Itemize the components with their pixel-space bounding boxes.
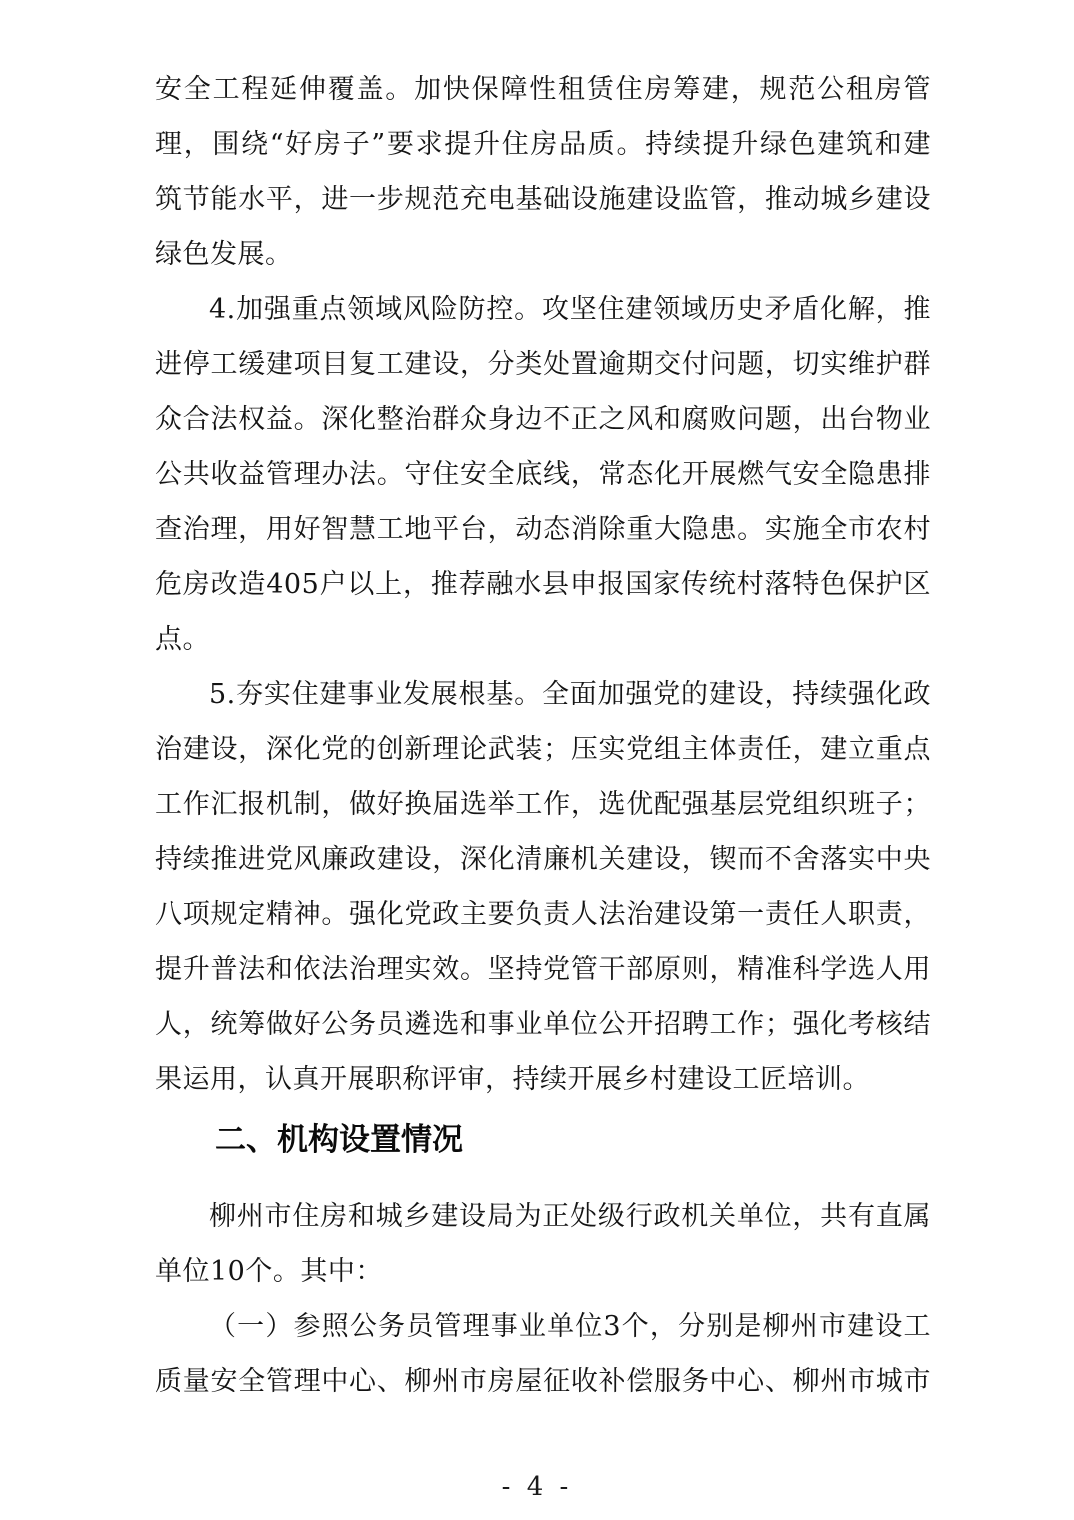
text-line: 工作汇报机制，做好换届选举工作，选优配强基层党组织班子；: [155, 777, 931, 832]
text-line: 人，统筹做好公务员遴选和事业单位公开招聘工作；强化考核结: [155, 997, 931, 1052]
text-line: 八项规定精神。强化党政主要负责人法治建设第一责任人职责，: [155, 887, 931, 942]
paragraph: 4.加强重点领域风险防控。攻坚住建领域历史矛盾化解，推进停工缓建项目复工建设，分…: [155, 282, 931, 667]
text-line: 单位10个。其中：: [155, 1244, 931, 1299]
document-body: 安全工程延伸覆盖。加快保障性租赁住房筹建，规范公租房管理，围绕“好房子”要求提升…: [155, 62, 931, 1409]
text-line: 查治理，用好智慧工地平台，动态消除重大隐患。实施全市农村: [155, 502, 931, 557]
text-line: 提升普法和依法治理实效。坚持党管干部原则，精准科学选人用: [155, 942, 931, 997]
text-line: 公共收益管理办法。守住安全底线，常态化开展燃气安全隐患排: [155, 447, 931, 502]
text-line: 危房改造405户以上，推荐融水县申报国家传统村落特色保护区试: [155, 557, 931, 612]
text-line: 5.夯实住建事业发展根基。全面加强党的建设，持续强化政: [155, 667, 931, 722]
page-number: - 4 -: [0, 1472, 1074, 1502]
section-heading: 二、机构设置情况: [155, 1121, 931, 1159]
text-line: 柳州市住房和城乡建设局为正处级行政机关单位，共有直属: [155, 1189, 931, 1244]
text-line: 安全工程延伸覆盖。加快保障性租赁住房筹建，规范公租房管: [155, 62, 931, 117]
document-page: 安全工程延伸覆盖。加快保障性租赁住房筹建，规范公租房管理，围绕“好房子”要求提升…: [0, 0, 1074, 1520]
text-line: 众合法权益。深化整治群众身边不正之风和腐败问题，出台物业: [155, 392, 931, 447]
text-line: 质量安全管理中心、柳州市房屋征收补偿服务中心、柳州市城市: [155, 1354, 931, 1409]
text-line: 筑节能水平，进一步规范充电基础设施建设监管，推动城乡建设: [155, 172, 931, 227]
text-line: 理，围绕“好房子”要求提升住房品质。持续提升绿色建筑和建: [155, 117, 931, 172]
text-line: 进停工缓建项目复工建设，分类处置逾期交付问题，切实维护群: [155, 337, 931, 392]
text-line: 点。: [155, 612, 931, 667]
text-line: 果运用，认真开展职称评审，持续开展乡村建设工匠培训。: [155, 1052, 931, 1107]
text-line: 治建设，深化党的创新理论武装；压实党组主体责任，建立重点: [155, 722, 931, 777]
paragraph: 5.夯实住建事业发展根基。全面加强党的建设，持续强化政治建设，深化党的创新理论武…: [155, 667, 931, 1107]
text-line: 4.加强重点领域风险防控。攻坚住建领域历史矛盾化解，推: [155, 282, 931, 337]
paragraph: （一）参照公务员管理事业单位3个，分别是柳州市建设工程质量安全管理中心、柳州市房…: [155, 1299, 931, 1409]
text-line: 持续推进党风廉政建设，深化清廉机关建设，锲而不舍落实中央: [155, 832, 931, 887]
paragraph: 柳州市住房和城乡建设局为正处级行政机关单位，共有直属单位10个。其中：: [155, 1189, 931, 1299]
text-line: （一）参照公务员管理事业单位3个，分别是柳州市建设工程: [155, 1299, 931, 1354]
paragraph: 安全工程延伸覆盖。加快保障性租赁住房筹建，规范公租房管理，围绕“好房子”要求提升…: [155, 62, 931, 282]
text-line: 绿色发展。: [155, 227, 931, 282]
